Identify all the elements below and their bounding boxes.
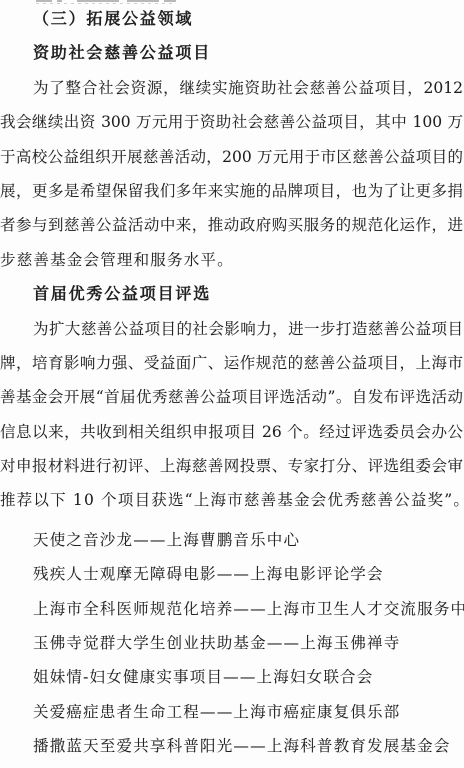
award-dash: —— <box>217 565 250 583</box>
award-dash: —— <box>267 634 300 652</box>
award-project: 上海市全科医师规范化培养 <box>33 600 233 618</box>
award-list-item: 上海市全科医师规范化培养——上海市卫生人才交流服务中心 <box>0 592 464 626</box>
award-organization: 上海市癌症康复俱乐部 <box>233 703 400 721</box>
paragraph-2-line: 善基金会开展“首届优秀慈善公益项目评选活动”。自发布评选活动 <box>0 380 464 414</box>
award-organization: 上海电影评论学会 <box>250 565 384 583</box>
award-project: 残疾人士观摩无障碍电影 <box>33 565 217 583</box>
award-list-item: 播撒蓝天至爱共享科普阳光——上海科普教育发展基金会 <box>0 729 464 763</box>
paragraph-1-line: 者参与到慈善公益活动中来，推动政府购买服务的规范化运作，进一 <box>0 208 464 242</box>
award-project: 天使之音沙龙 <box>33 531 133 549</box>
paragraph-2-line: 为扩大慈善公益项目的社会影响力，进一步打造慈善公益项目品 <box>0 312 464 346</box>
award-organization: 上海玉佛禅寺 <box>300 634 400 652</box>
document-content: （三）拓展公益领域 资助社会慈善公益项目 为了整合社会资源，继续实施资助社会慈善… <box>0 0 464 764</box>
paragraph-1-line: 为了整合社会资源，继续实施资助社会慈善公益项目，2012 年 <box>0 71 464 105</box>
award-dash: —— <box>223 668 256 686</box>
award-list-item: 玉佛寺觉群大学生创业扶助基金——上海玉佛禅寺 <box>0 626 464 660</box>
paragraph-1-line: 我会继续出资 300 万元用于资助社会慈善公益项目，其中 100 万元用 <box>0 105 464 139</box>
award-organization: 上海曹鹏音乐中心 <box>167 531 301 549</box>
award-project: 玉佛寺觉群大学生创业扶助基金 <box>33 634 267 652</box>
cropped-text-remnant <box>0 0 464 6</box>
award-organization: 上海市卫生人才交流服务中心 <box>267 600 464 618</box>
award-list-item: 残疾人士观摩无障碍电影——上海电影评论学会 <box>0 557 464 591</box>
paragraph-2-line: 牌，培育影响力强、受益面广、运作规范的慈善公益项目，上海市慈 <box>0 346 464 380</box>
paragraph-2-line: 对申报材料进行初评、上海慈善网投票、专家打分、评选组委会审议， <box>0 449 464 483</box>
award-dash: —— <box>200 703 233 721</box>
award-project: 关爱癌症患者生命工程 <box>33 703 200 721</box>
award-dash: —— <box>233 600 266 618</box>
subsection-heading-award-selection: 首届优秀公益项目评选 <box>0 277 464 311</box>
award-dash: —— <box>233 737 266 755</box>
award-list-item: 关爱癌症患者生命工程——上海市癌症康复俱乐部 <box>0 695 464 729</box>
award-dash: —— <box>133 531 166 549</box>
award-project: 播撒蓝天至爱共享科普阳光 <box>33 737 233 755</box>
subsection-heading-funding: 资助社会慈善公益项目 <box>0 36 464 70</box>
award-organization: 上海妇女联合会 <box>257 668 374 686</box>
paragraph-2-line: 推荐以下 10 个项目获选“上海市慈善基金会优秀慈善公益奖”。 <box>0 483 464 517</box>
award-list-item: 姐妹情-妇女健康实事项目——上海妇女联合会 <box>0 660 464 694</box>
award-list: 天使之音沙龙——上海曹鹏音乐中心 残疾人士观摩无障碍电影——上海电影评论学会 上… <box>0 523 464 764</box>
paragraph-1-line: 于高校公益组织开展慈善活动，200 万元用于市区慈善公益项目的开 <box>0 140 464 174</box>
award-organization: 上海科普教育发展基金会 <box>267 737 451 755</box>
document-page: （三）拓展公益领域 资助社会慈善公益项目 为了整合社会资源，继续实施资助社会慈善… <box>0 0 464 768</box>
paragraph-2-line: 信息以来，共收到相关组织申报项目 26 个。经过评选委员会办公室 <box>0 415 464 449</box>
section-heading: （三）拓展公益领域 <box>0 2 464 36</box>
award-project: 姐妹情-妇女健康实事项目 <box>33 668 223 686</box>
paragraph-1-line: 步慈善基金会管理和服务水平。 <box>0 243 464 277</box>
paragraph-1-line: 展，更多是希望保留我们多年来实施的品牌项目，也为了让更多捐赠 <box>0 174 464 208</box>
award-list-item: 天使之音沙龙——上海曹鹏音乐中心 <box>0 523 464 557</box>
